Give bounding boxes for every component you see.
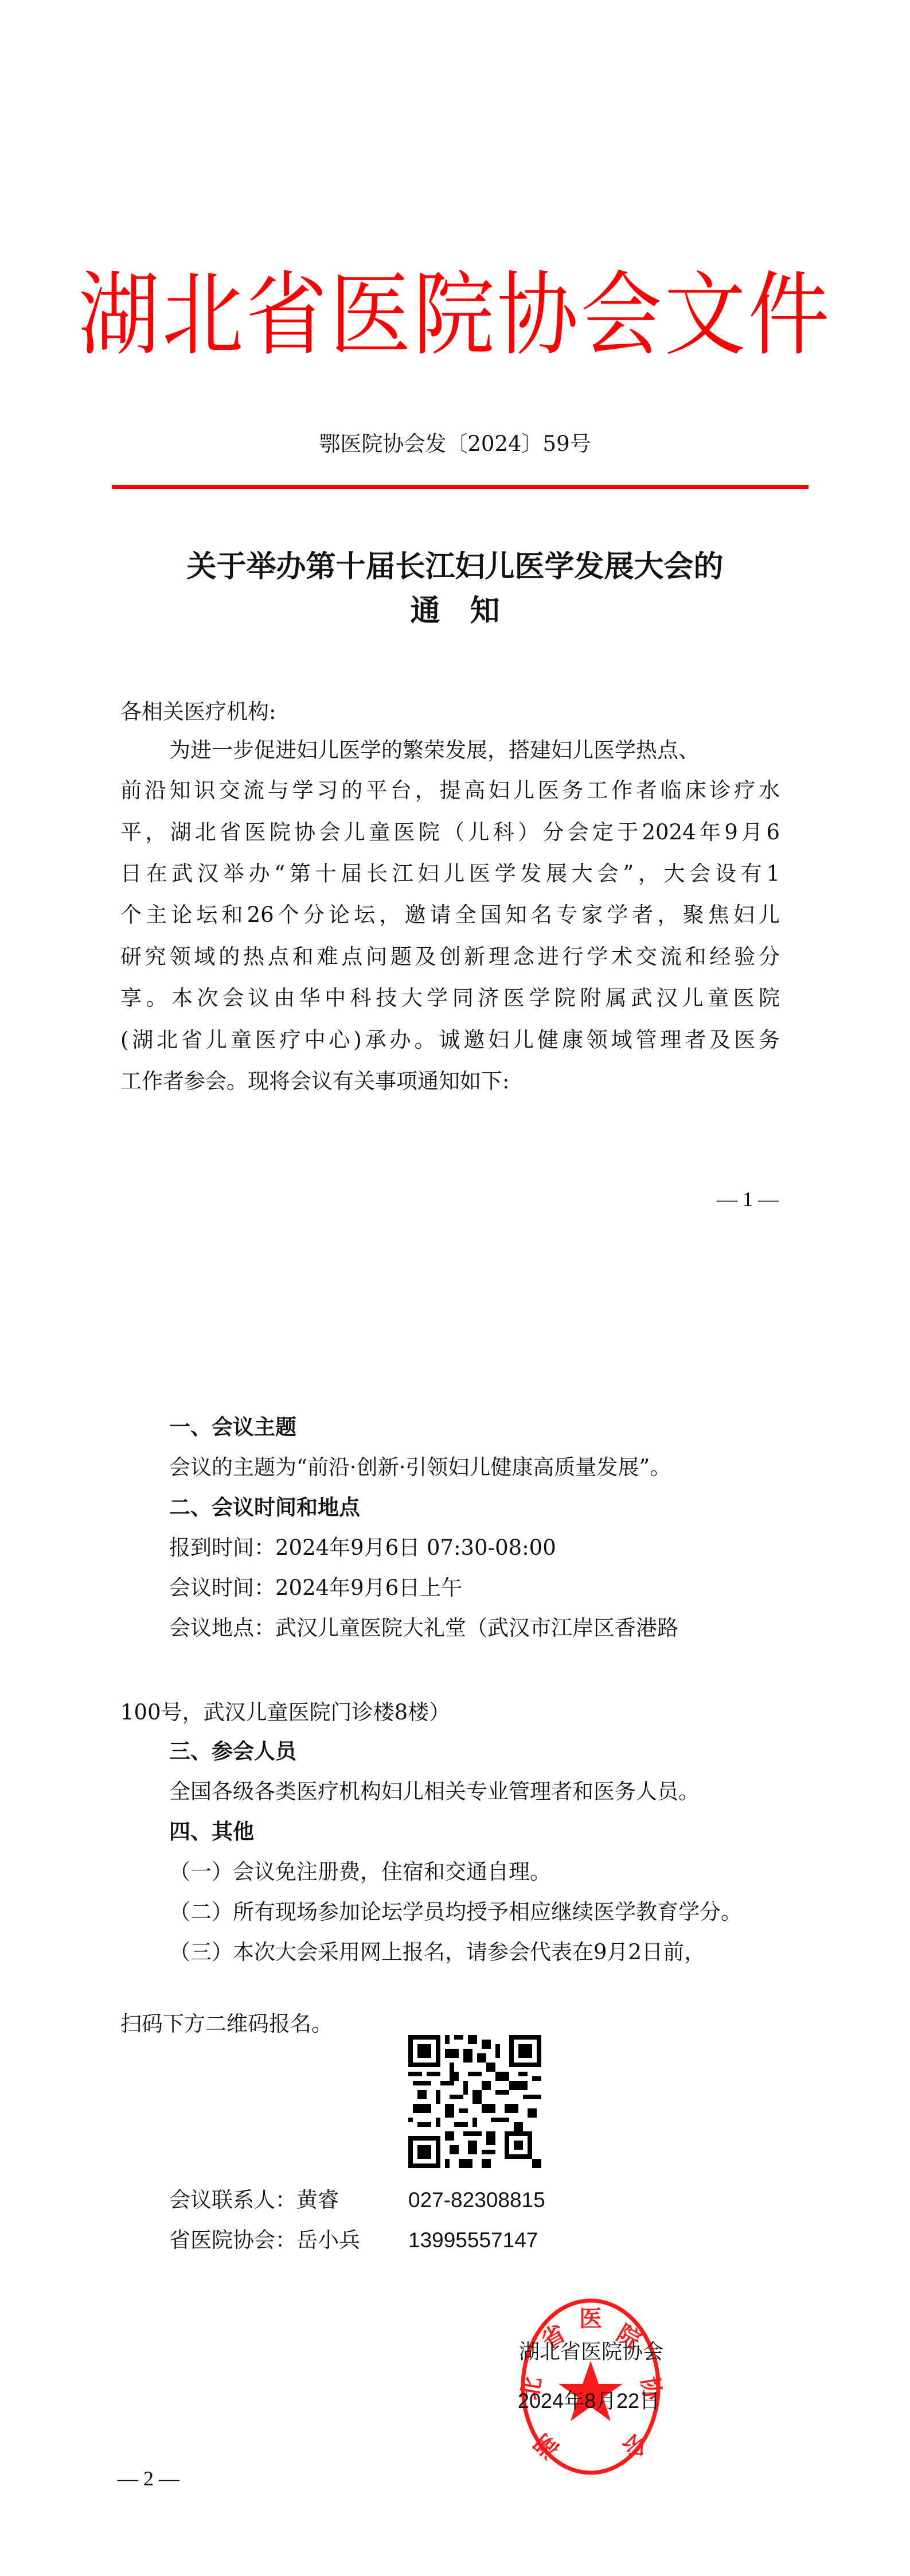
salutation: 各相关医疗机构: — [120, 699, 276, 725]
signature-date: 2024年8月22日 — [518, 2390, 660, 2412]
checkin-time: 报到时间：2024年9月6日 07:30-08:00 — [169, 1535, 556, 1561]
meeting-time: 会议时间：2024年9月6日上午 — [169, 1575, 462, 1601]
intro-line-4: 日在武汉举办“第十届长江妇儿医学发展大会”，大会设有1 — [120, 861, 780, 887]
svg-text:医: 医 — [579, 2306, 602, 2332]
notice-title-line2: 通 知 — [0, 594, 910, 628]
issuer-title: 湖北省医院协会文件 — [0, 261, 910, 370]
contact-2-label: 省医院协会：岳小兵 — [169, 2227, 360, 2254]
section-attendees-heading: 三、参会人员 — [169, 1738, 296, 1765]
intro-line-5: 个主论坛和26个分论坛，邀请全国知名专家学者，聚焦妇儿 — [120, 902, 780, 928]
intro-line-8: (湖北省儿童医疗中心)承办。诚邀妇儿健康领域管理者及医务 — [120, 1027, 780, 1053]
qr-code-icon[interactable] — [408, 2035, 541, 2168]
other-item-2: （二）所有现场参加论坛学员均授予相应继续医学教育学分。 — [169, 1899, 742, 1925]
intro-line-1: 为进一步促进妇儿医学的繁荣发展，搭建妇儿医学热点、 — [169, 737, 700, 764]
other-item-1: （一）会议免注册费，住宿和交通自理。 — [169, 1859, 551, 1885]
attendees-text: 全国各级各类医疗机构妇儿相关专业管理者和医务人员。 — [169, 1779, 700, 1805]
signature-org: 湖北省医院协会 — [519, 2341, 663, 2364]
contact-1-phone: 027-82308815 — [408, 2187, 545, 2213]
intro-line-9: 工作者参会。现将会议有关事项通知如下: — [120, 1068, 509, 1095]
venue-line-1: 会议地点：武汉儿童医院大礼堂（武汉市江岸区香港路 — [169, 1615, 678, 1641]
other-item-3-line1: （三）本次大会采用网上报名，请参会代表在9月2日前， — [169, 1939, 705, 1966]
red-divider — [112, 485, 809, 489]
intro-line-3: 平，湖北省医院协会儿童医院（儿科）分会定于2024年9月6 — [120, 819, 780, 846]
contact-2-phone: 13995557147 — [408, 2227, 538, 2254]
notice-title-line1: 关于举办第十届长江妇儿医学发展大会的 — [0, 550, 910, 584]
page-number-2: — 2 — — [118, 2467, 179, 2490]
document-number: 鄂医院协会发〔2024〕59号 — [0, 431, 910, 457]
other-item-3-line2: 扫码下方二维码报名。 — [120, 2011, 333, 2037]
section-theme-text: 会议的主题为“前沿·创新·引领妇儿健康高质量发展”。 — [169, 1454, 671, 1481]
official-seal-icon: 医 省 院 北 协 湖 会 — [516, 2292, 665, 2478]
section-theme-heading: 一、会议主题 — [169, 1414, 296, 1441]
section-other-heading: 四、其他 — [169, 1819, 254, 1845]
contact-1-label: 会议联系人：黄睿 — [169, 2187, 339, 2213]
section-time-heading: 二、会议时间和地点 — [169, 1495, 360, 1521]
venue-line-2: 100号，武汉儿童医院门诊楼8楼） — [120, 1699, 450, 1726]
intro-line-2: 前沿知识交流与学习的平台，提高妇儿医务工作者临床诊疗水 — [120, 777, 780, 804]
page-number-1: — 1 — — [717, 1188, 779, 1211]
intro-line-7: 享。本次会议由华中科技大学同济医学院附属武汉儿童医院 — [120, 985, 780, 1011]
intro-line-6: 研究领域的热点和难点问题及创新理念进行学术交流和经验分 — [120, 944, 780, 970]
